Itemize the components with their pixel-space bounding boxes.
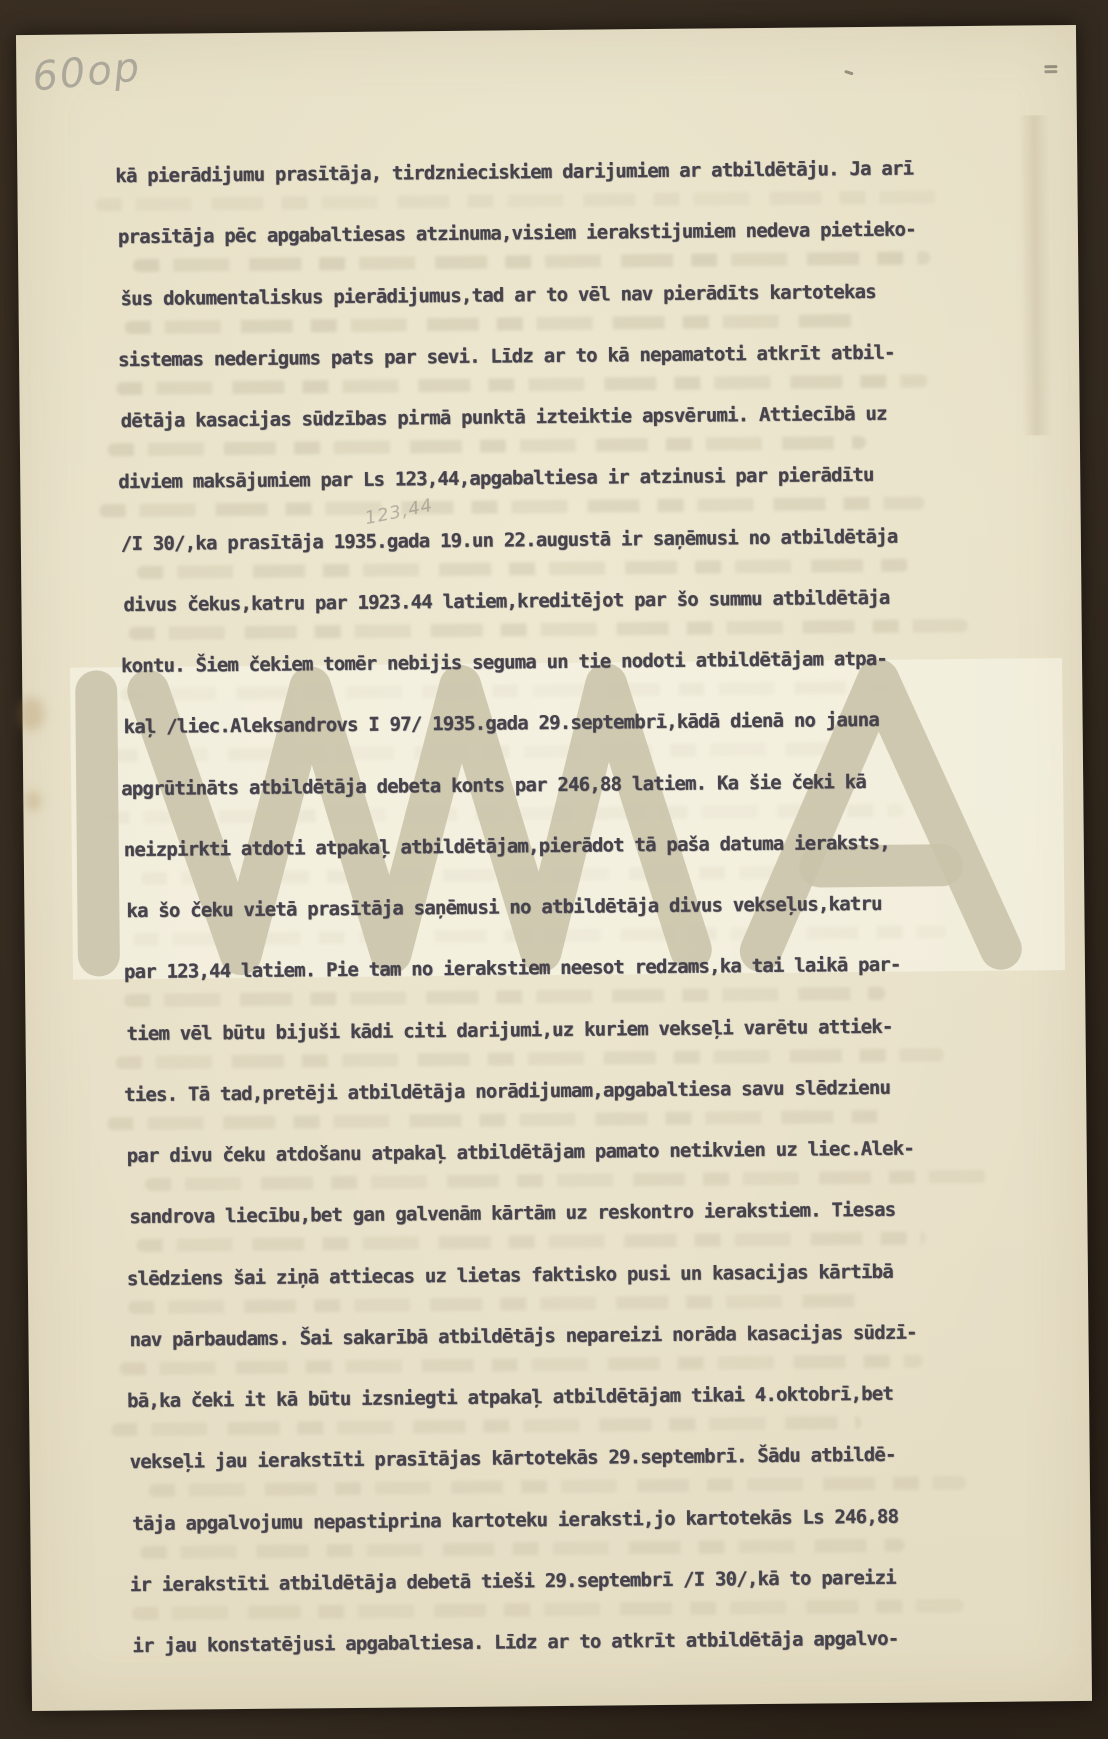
typed-line: ir ierakstīti atbildētāja debetā tieši 2… <box>130 1569 896 1596</box>
bleedthrough-line <box>145 1170 987 1191</box>
pencil-speck <box>1044 65 1057 68</box>
bleedthrough-line <box>125 313 869 333</box>
typed-line: tāja apgalvojumu nepastiprina kartoteku … <box>132 1507 898 1534</box>
bleedthrough-line <box>140 1538 904 1558</box>
archive-watermark-lvva <box>70 658 1065 980</box>
bleedthrough-line <box>124 987 885 1007</box>
typed-line: ties. Tā tad,pretēji atbildētāja norādij… <box>124 1079 890 1106</box>
typed-line: divus čekus,katru par 1923.44 latiem,kre… <box>123 589 889 616</box>
typed-line: tiem vēl būtu bijuši kādi citi darijumi,… <box>126 1017 892 1044</box>
bleedthrough-line <box>137 558 909 578</box>
typed-line: ir jau konstatējusi apgabaltiesa. Līdz a… <box>132 1630 898 1657</box>
pencil-speck <box>844 70 853 76</box>
bleedthrough-line <box>116 374 927 395</box>
bleedthrough-line <box>133 252 930 273</box>
bleedthrough-line <box>129 619 968 640</box>
bleedthrough-line <box>111 1416 861 1436</box>
typed-line: šus dokumentaliskus pierādijumus,tad ar … <box>120 282 876 309</box>
bleedthrough-line <box>128 1294 864 1314</box>
bleedthrough-line <box>149 1476 966 1497</box>
typed-line: vekseļi jau ierakstīti prasītājas kārtot… <box>130 1446 896 1473</box>
paper-crease <box>1019 115 1056 435</box>
document-page: 60op 123,44 kā pierādijumu prasītāja, ti… <box>16 25 1092 1711</box>
typed-line: /I 30/,ka prasītāja 1935.gada 19.un 22.a… <box>121 527 898 554</box>
watermark-letters <box>70 658 1065 980</box>
typed-line: par 123,44 latiem. Pie tam no ierakstiem… <box>124 956 901 983</box>
bleedthrough-line <box>107 1110 882 1130</box>
typed-line: sistemas nederigums pats par sevi. Līdz … <box>118 343 895 370</box>
typed-line: prasītāja pēc apgabaltiesas atzinuma,vis… <box>118 221 916 249</box>
bleedthrough-line <box>120 1354 923 1375</box>
bleedthrough-line <box>132 1599 963 1620</box>
typed-line: sandrova liecību,bet gan galvenām kārtām… <box>129 1201 895 1228</box>
paper-stain <box>18 697 44 731</box>
bleedthrough-line <box>96 190 946 211</box>
typed-line: bā,ka čeki it kā būtu izsniegti atpakaļ … <box>127 1385 893 1412</box>
bleedthrough-line <box>99 497 924 518</box>
bleedthrough-line <box>116 1048 944 1069</box>
bleedthrough-line <box>137 1232 926 1253</box>
bleedthrough-line <box>108 436 866 456</box>
typed-line: dētāja kasacijas sūdzības pirmā punktā i… <box>121 405 887 432</box>
typed-line: diviem maksājumiem par Ls 123,44,apgabal… <box>118 466 874 493</box>
typed-line: par divu čeku atdošanu atpakaļ atbildētā… <box>127 1140 914 1167</box>
typed-line: slēdziens šai ziņā attiecas uz lietas fa… <box>127 1262 893 1289</box>
typed-line: nav pārbaudams. Šai sakarībā atbildētājs… <box>129 1323 916 1350</box>
handwritten-page-number: 60op <box>31 47 143 97</box>
paper-stain <box>25 791 41 811</box>
typed-line: kā pierādijumu prasītāja, tirdznieciskie… <box>115 160 913 188</box>
